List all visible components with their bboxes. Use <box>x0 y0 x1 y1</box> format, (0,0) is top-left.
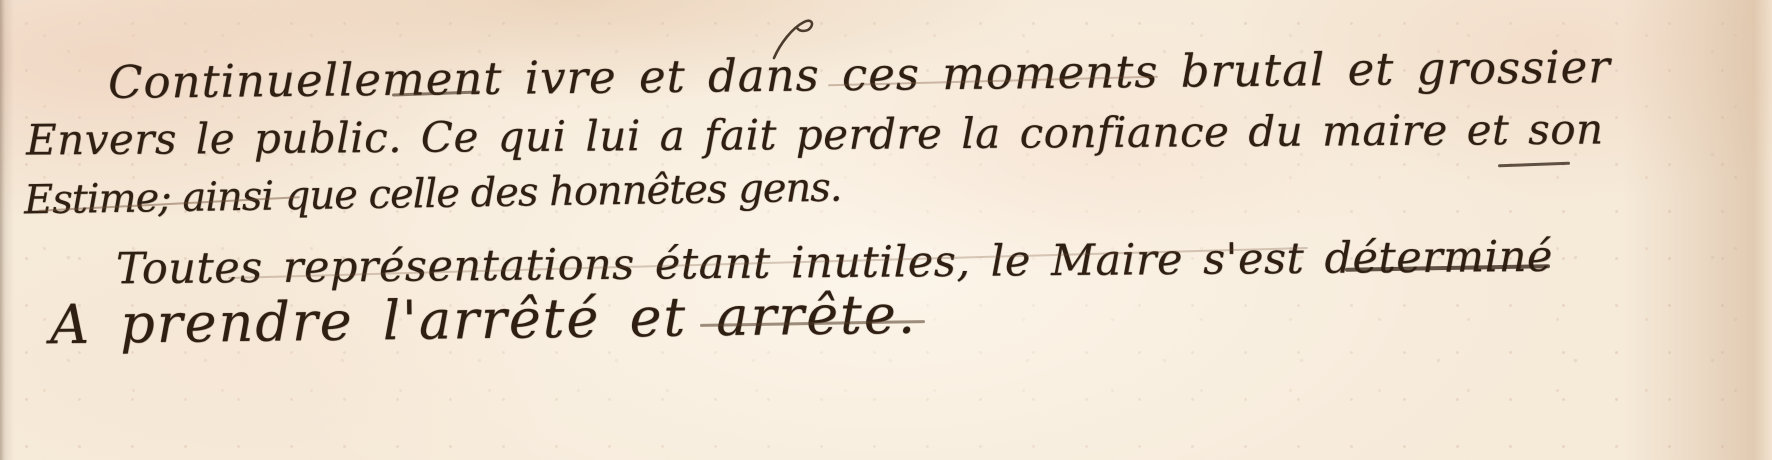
manuscript-line: Estime; ainsi que celle des honnêtes gen… <box>24 166 842 223</box>
manuscript-line: A prendre l'arrêté et arrête. <box>50 285 918 355</box>
ink-stroke <box>1498 162 1570 168</box>
manuscript-line: Envers le public. Ce qui lui a fait perd… <box>26 106 1604 163</box>
scan-edge-left <box>0 0 14 460</box>
scan-edge-right <box>1622 0 1772 460</box>
manuscript-line: Continuellement ivre et dans ces moments… <box>108 42 1611 107</box>
manuscript-page: Continuellement ivre et dans ces moments… <box>0 0 1772 460</box>
